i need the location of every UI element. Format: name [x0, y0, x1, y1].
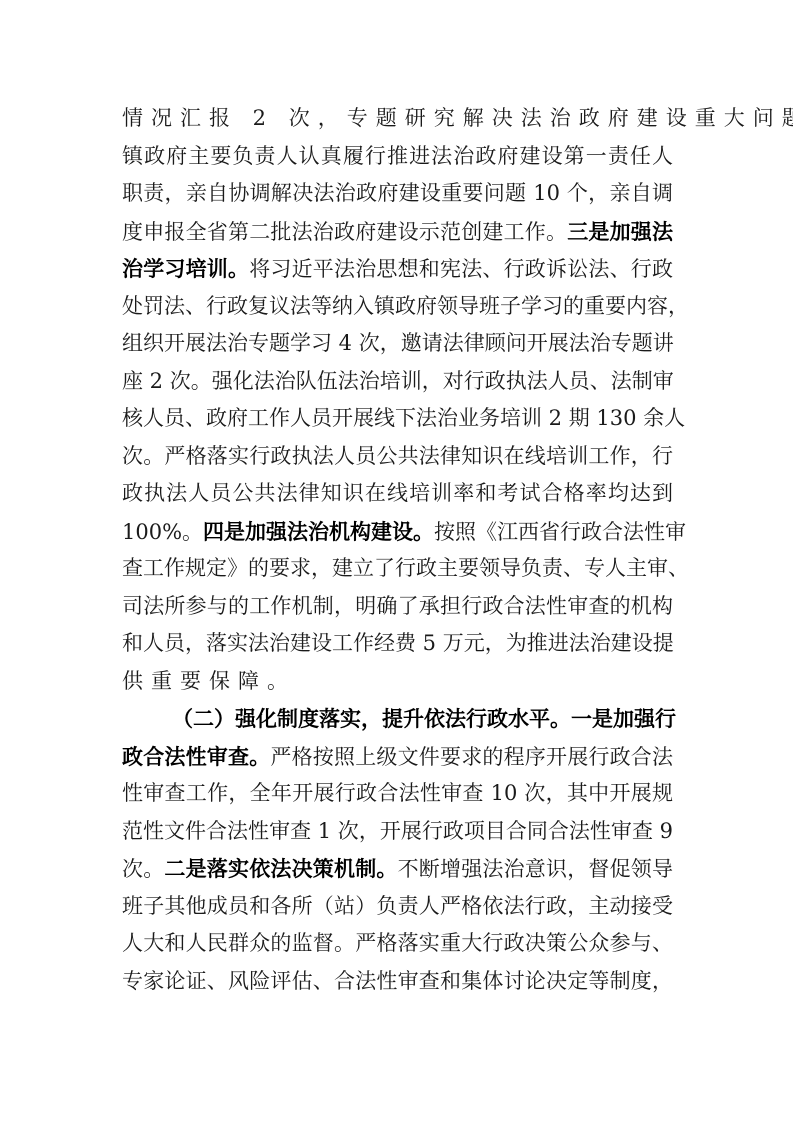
text-line: 组织开展法治专题学习 4 次，邀请法律顾问开展法治专题讲: [122, 325, 673, 363]
body-text-segment: 班子其他成员和各所（站）负责人严格依法行政，主动接受: [122, 894, 673, 918]
text-line: 政执法人员公共法律知识在线培训率和考试合格率均达到: [122, 475, 673, 513]
text-line: 性审查工作，全年开展行政合法性审查 10 次，其中开展规: [122, 775, 673, 813]
body-text-segment: 和人员，落实法治建设工作经费 5 万元，为推进法治建设提: [122, 631, 674, 655]
text-line: 和人员，落实法治建设工作经费 5 万元，为推进法治建设提: [122, 625, 673, 663]
body-text-segment: 100%。: [122, 520, 203, 544]
text-line: 治学习培训。将习近平法治思想和宪法、行政诉讼法、行政: [122, 250, 673, 288]
body-text-segment: 按照《江西省行政合法性审: [434, 520, 686, 544]
body-text-segment: 情况汇报 2 次，专题研究解决法治政府建设重大问题 12 个。: [122, 106, 793, 130]
body-text-segment: 核人员、政府工作人员开展线下法治业务培训 2 期 130 余人: [122, 406, 685, 430]
body-text-segment: 性审查工作，全年开展行政合法性审查 10 次，其中开展规: [122, 781, 673, 805]
body-text-segment: 不断增强法治意识，督促领导: [398, 857, 673, 881]
body-text-segment: 供重要保障。: [122, 669, 296, 693]
text-line: 次。严格落实行政执法人员公共法律知识在线培训工作，行: [122, 438, 673, 476]
body-text-segment: 政执法人员公共法律知识在线培训率和考试合格率均达到: [122, 481, 673, 505]
body-text-segment: 次。: [122, 857, 164, 881]
text-line: 政合法性审查。严格按照上级文件要求的程序开展行政合法: [122, 738, 673, 776]
body-text-segment: 职责，亲自协调解决法治政府建设重要问题 10 个，亲自调: [122, 181, 673, 205]
text-line: 次。二是落实依法决策机制。不断增强法治意识，督促领导: [122, 850, 673, 888]
document-page: 情况汇报 2 次，专题研究解决法治政府建设重大问题 12 个。镇政府主要负责人认…: [0, 0, 793, 1122]
body-text-segment: 组织开展法治专题学习 4 次，邀请法律顾问开展法治专题讲: [122, 331, 674, 355]
body-text-segment: 严格按照上级文件要求的程序开展行政合法: [270, 745, 673, 769]
text-line: 处罚法、行政复议法等纳入镇政府领导班子学习的重要内容，: [122, 288, 673, 326]
body-text-segment: 人大和人民群众的监督。严格落实重大行政决策公众参与、: [122, 931, 673, 955]
bold-heading-text: 治学习培训。: [122, 256, 249, 281]
text-line: 专家论证、风险评估、合法性审查和集体讨论决定等制度，: [122, 963, 673, 1001]
bold-heading-text: 政合法性审查。: [122, 744, 270, 769]
text-line: 镇政府主要负责人认真履行推进法治政府建设第一责任人: [122, 138, 673, 176]
text-line: 供重要保障。: [122, 663, 673, 701]
bold-heading-text: （二）强化制度落实，提升依法行政水平。一是加强行: [172, 706, 676, 731]
body-text-segment: 专家论证、风险评估、合法性审查和集体讨论决定等制度，: [122, 969, 673, 993]
text-line: 查工作规定》的要求，建立了行政主要领导负责、专人主审、: [122, 550, 673, 588]
bold-heading-text: 二是落实依法决策机制。: [164, 856, 397, 881]
body-text-segment: 查工作规定》的要求，建立了行政主要领导负责、专人主审、: [122, 556, 689, 580]
text-line: 班子其他成员和各所（站）负责人严格依法行政，主动接受: [122, 888, 673, 926]
body-text-segment: 镇政府主要负责人认真履行推进法治政府建设第一责任人: [122, 144, 673, 168]
text-line: 范性文件合法性审查 1 次，开展行政项目合同合法性审查 9: [122, 813, 673, 851]
text-line: 司法所参与的工作机制，明确了承担行政合法性审查的机构: [122, 588, 673, 626]
body-text-segment: 座 2 次。强化法治队伍法治培训，对行政执法人员、法制审: [122, 369, 674, 393]
text-line: 度申报全省第二批法治政府建设示范创建工作。三是加强法: [122, 213, 673, 251]
bold-heading-text: 三是加强法: [567, 219, 673, 244]
text-line: （二）强化制度落实，提升依法行政水平。一是加强行: [122, 700, 673, 738]
body-text-segment: 度申报全省第二批法治政府建设示范创建工作。: [122, 220, 567, 244]
bold-heading-text: 四是加强法治机构建设。: [203, 519, 434, 544]
text-line: 核人员、政府工作人员开展线下法治业务培训 2 期 130 余人: [122, 400, 673, 438]
text-line: 座 2 次。强化法治队伍法治培训，对行政执法人员、法制审: [122, 363, 673, 401]
text-line: 情况汇报 2 次，专题研究解决法治政府建设重大问题 12 个。: [122, 100, 673, 138]
text-line: 人大和人民群众的监督。严格落实重大行政决策公众参与、: [122, 925, 673, 963]
body-text-segment: 范性文件合法性审查 1 次，开展行政项目合同合法性审查 9: [122, 819, 673, 843]
text-line: 职责，亲自协调解决法治政府建设重要问题 10 个，亲自调: [122, 175, 673, 213]
body-text-segment: 司法所参与的工作机制，明确了承担行政合法性审查的机构: [122, 594, 673, 618]
document-body: 情况汇报 2 次，专题研究解决法治政府建设重大问题 12 个。镇政府主要负责人认…: [122, 100, 673, 1000]
body-text-segment: 处罚法、行政复议法等纳入镇政府领导班子学习的重要内容，: [122, 294, 689, 318]
text-line: 100%。四是加强法治机构建设。按照《江西省行政合法性审: [122, 513, 673, 551]
body-text-segment: 次。严格落实行政执法人员公共法律知识在线培训工作，行: [122, 444, 673, 468]
body-text-segment: 将习近平法治思想和宪法、行政诉讼法、行政: [249, 257, 673, 281]
